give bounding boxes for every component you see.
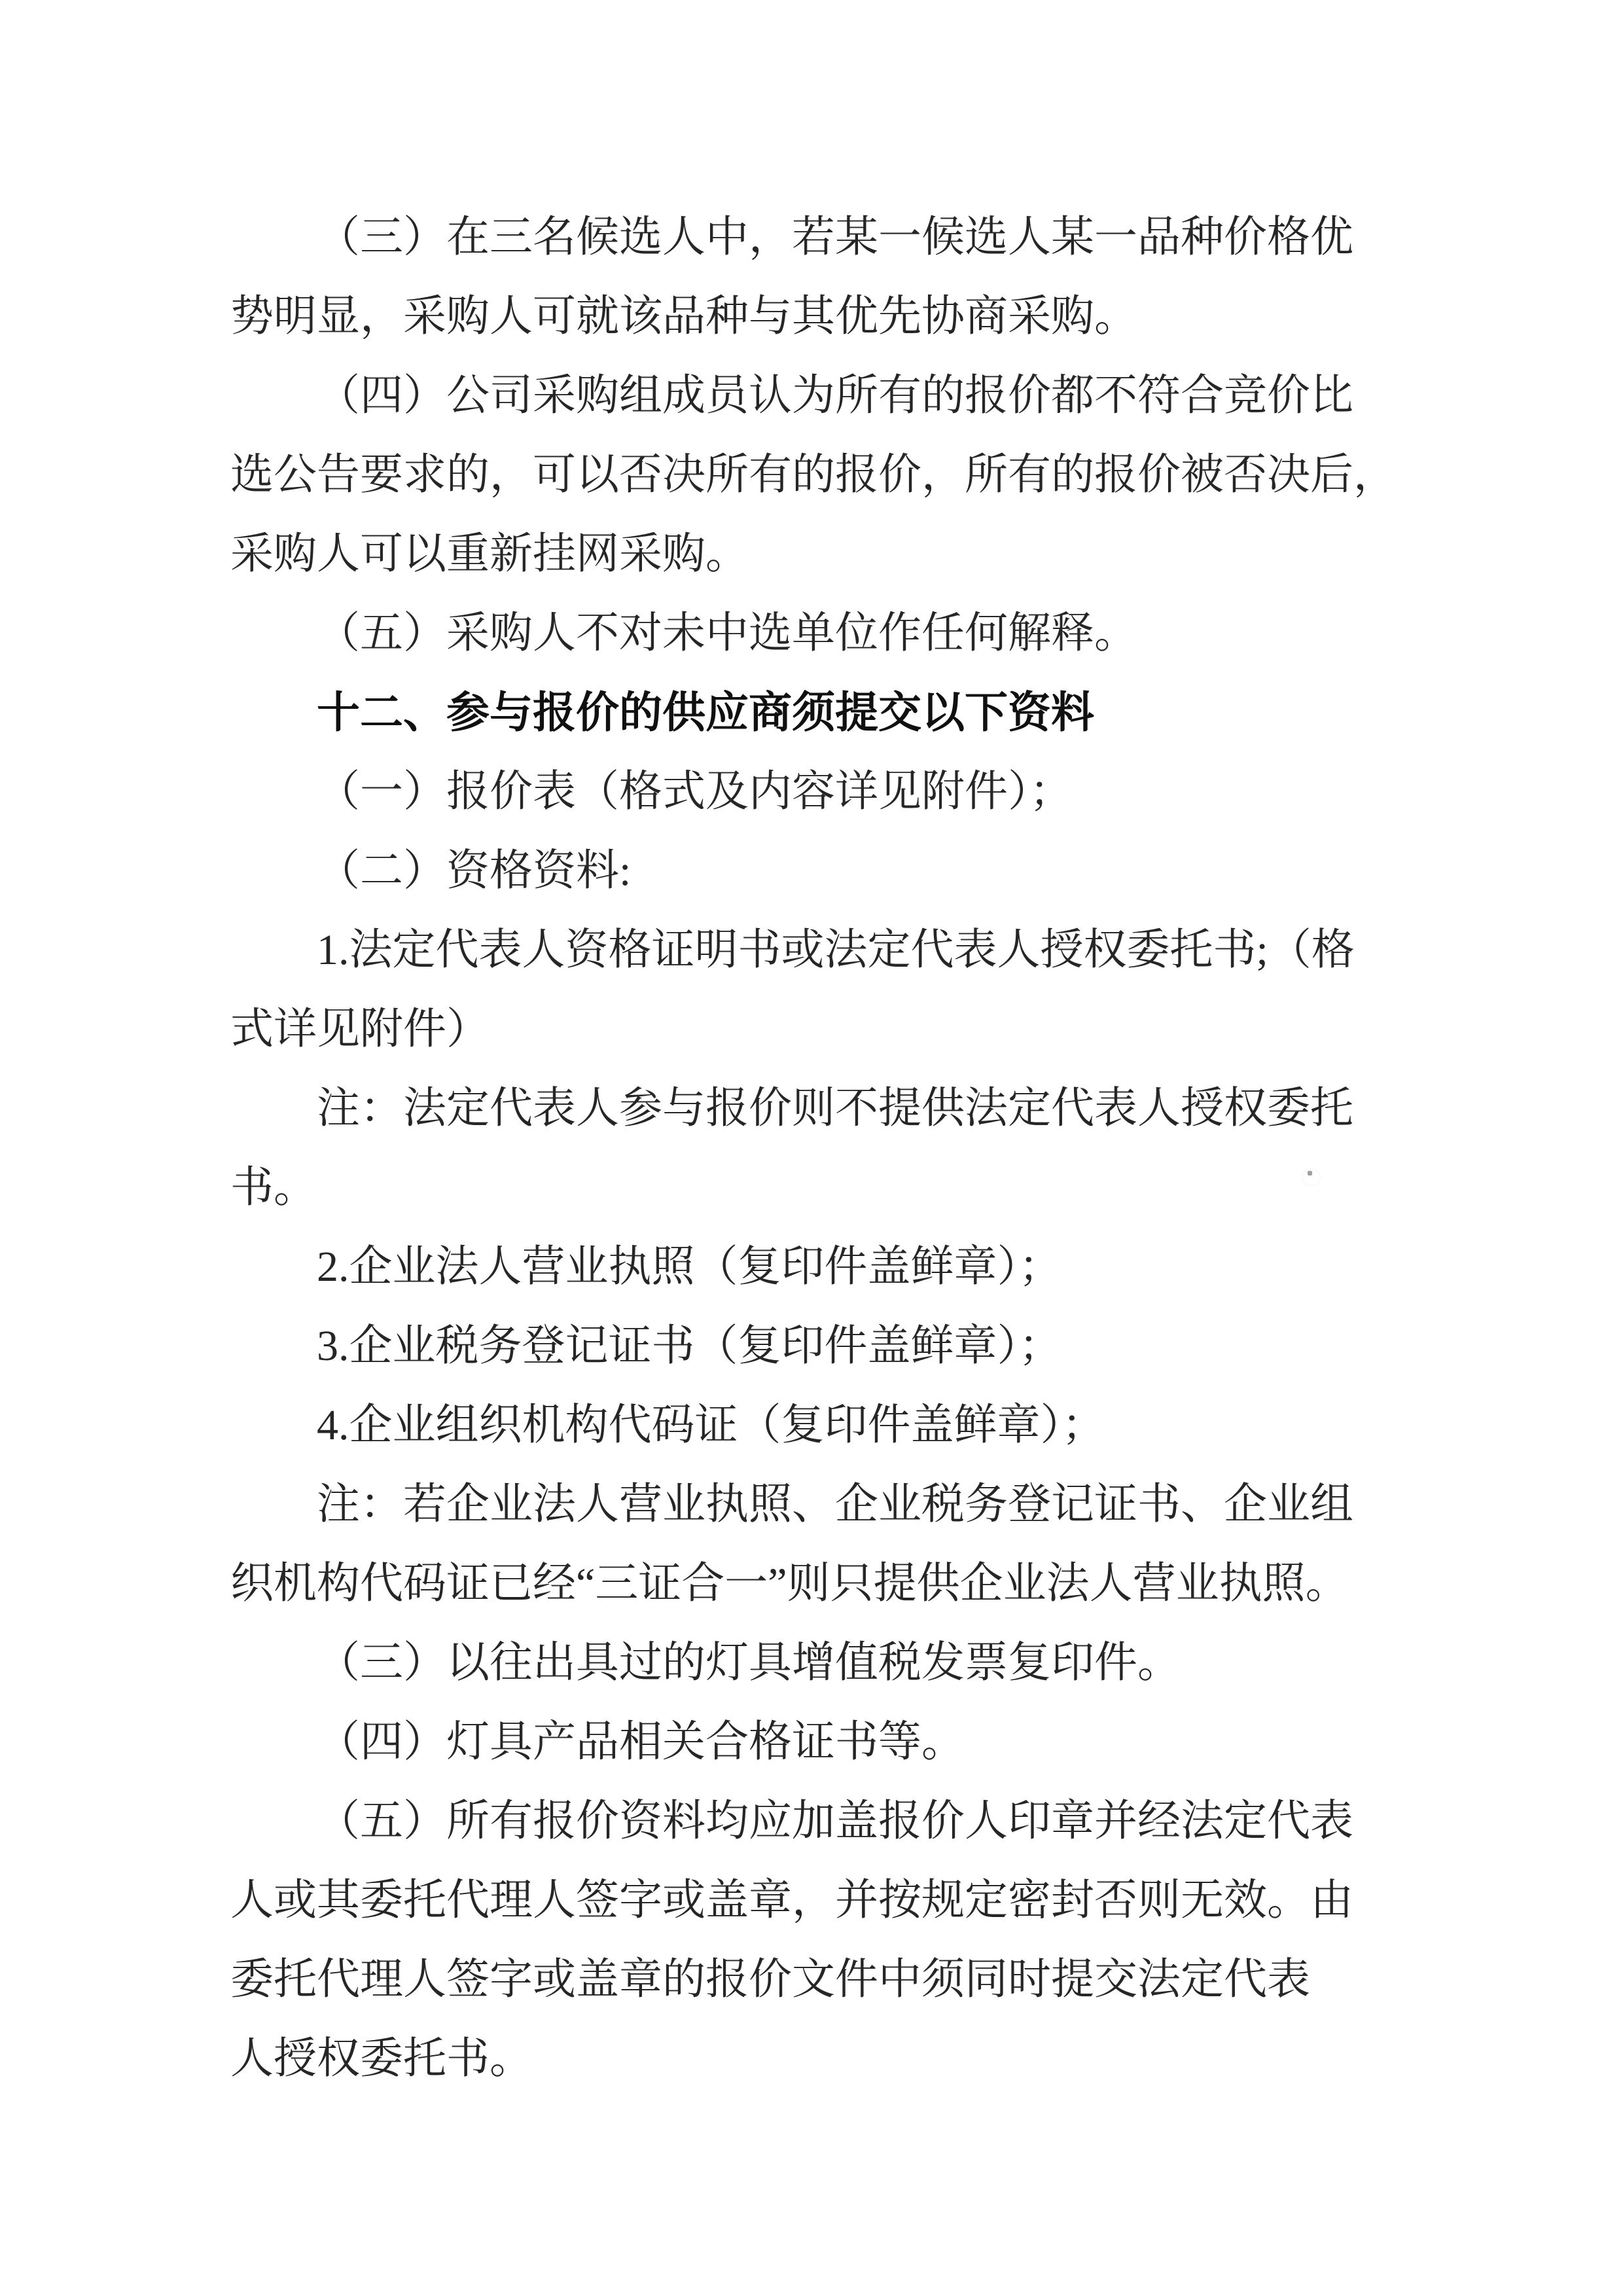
- scan-artifact-speck: [1308, 1171, 1312, 1175]
- doc-line-17: 注：若企业法人营业执照、企业税务登记证书、企业组: [230, 1465, 1353, 1544]
- doc-line-18: 织机构代码证已经“三证合一”则只提供企业法人营业执照。: [230, 1544, 1353, 1623]
- doc-line-2: 势明显，采购人可就该品种与其优先协商采购。: [230, 277, 1353, 356]
- doc-line-19: （三）以往出具过的灯具增值税发票复印件。: [230, 1623, 1353, 1702]
- doc-line-3: （四）公司采购组成员认为所有的报价都不符合竞价比: [230, 356, 1353, 435]
- doc-line-20: （四）灯具产品相关合格证书等。: [230, 1702, 1353, 1782]
- doc-line-15: 3.企业税务登记证书（复印件盖鲜章）；: [230, 1306, 1353, 1386]
- doc-line-1: （三）在三名候选人中，若某一候选人某一品种价格优: [230, 198, 1353, 277]
- doc-line-5: 采购人可以重新挂网采购。: [230, 514, 1353, 594]
- doc-line-10: 1.法定代表人资格证明书或法定代表人授权委托书;（格: [230, 910, 1353, 990]
- doc-line-21: （五）所有报价资料均应加盖报价人印章并经法定代表: [230, 1782, 1353, 1861]
- doc-line-13: 书。: [230, 1148, 1353, 1227]
- document-text-block: （三）在三名候选人中，若某一候选人某一品种价格优 势明显，采购人可就该品种与其优…: [230, 198, 1353, 2098]
- doc-line-14: 2.企业法人营业执照（复印件盖鲜章）；: [230, 1227, 1353, 1306]
- doc-line-24: 人授权委托书。: [230, 2019, 1353, 2098]
- doc-line-8: （一）报价表（格式及内容详见附件）；: [230, 752, 1353, 831]
- doc-line-23: 委托代理人签字或盖章的报价文件中须同时提交法定代表: [230, 1940, 1353, 2019]
- doc-line-22: 人或其委托代理人签字或盖章，并按规定密封否则无效。由: [230, 1861, 1353, 1940]
- doc-line-12: 注：法定代表人参与报价则不提供法定代表人授权委托: [230, 1069, 1353, 1148]
- doc-line-6: （五）采购人不对未中选单位作任何解释。: [230, 594, 1353, 673]
- doc-line-9: （二）资格资料:: [230, 831, 1353, 910]
- doc-line-11: 式详见附件）: [230, 990, 1353, 1069]
- section-heading: 十二、参与报价的供应商须提交以下资料: [230, 673, 1353, 752]
- doc-line-16: 4.企业组织机构代码证（复印件盖鲜章）；: [230, 1386, 1353, 1465]
- doc-line-4: 选公告要求的，可以否决所有的报价，所有的报价被否决后，: [230, 435, 1353, 514]
- document-page: （三）在三名候选人中，若某一候选人某一品种价格优 势明显，采购人可就该品种与其优…: [0, 0, 1623, 2296]
